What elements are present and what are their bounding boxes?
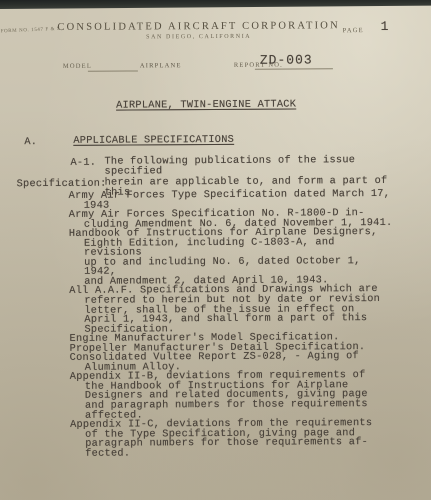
spec-list-item: Appendix II-C, deviations from the requi… bbox=[70, 419, 400, 459]
model-value: AIRPLANE bbox=[140, 62, 182, 69]
spec-list-item: Appendix II-B, deviations from requireme… bbox=[70, 371, 400, 421]
model-rule-line bbox=[88, 70, 138, 71]
paragraph-outro: Specification: bbox=[17, 178, 107, 191]
paragraph-label: A-1. bbox=[70, 157, 96, 169]
scanned-document-photo: FORM NO. 1547 F & S CONSOLIDATED AIRCRAF… bbox=[0, 0, 431, 500]
letterhead: CONSOLIDATED AIRCRAFT CORPORATION SAN DI… bbox=[29, 20, 369, 41]
section-letter: A. bbox=[24, 136, 37, 148]
page-number: 1 bbox=[381, 19, 389, 34]
document-title: AIRPLANE, TWIN-ENGINE ATTACK bbox=[116, 99, 296, 112]
report-rule-line bbox=[255, 68, 333, 69]
spec-list-item: Handbook of Instructions for Airplane De… bbox=[69, 228, 399, 287]
report-number: ZD-003 bbox=[260, 52, 313, 67]
company-location: SAN DIEGO, CALIFORNIA bbox=[29, 33, 369, 41]
page-label: PAGE bbox=[343, 27, 364, 34]
page-content: FORM NO. 1547 F & S CONSOLIDATED AIRCRAF… bbox=[0, 0, 431, 500]
company-name: CONSOLIDATED AIRCRAFT CORPORATION bbox=[29, 20, 369, 33]
section-heading: APPLICABLE SPECIFICATIONS bbox=[73, 134, 234, 147]
spec-list-item: All A.A.F. Specifications and Drawings w… bbox=[69, 285, 399, 335]
spec-list: Army Air Forces Type Specification dated… bbox=[69, 190, 401, 459]
model-label: MODEL bbox=[63, 63, 92, 70]
